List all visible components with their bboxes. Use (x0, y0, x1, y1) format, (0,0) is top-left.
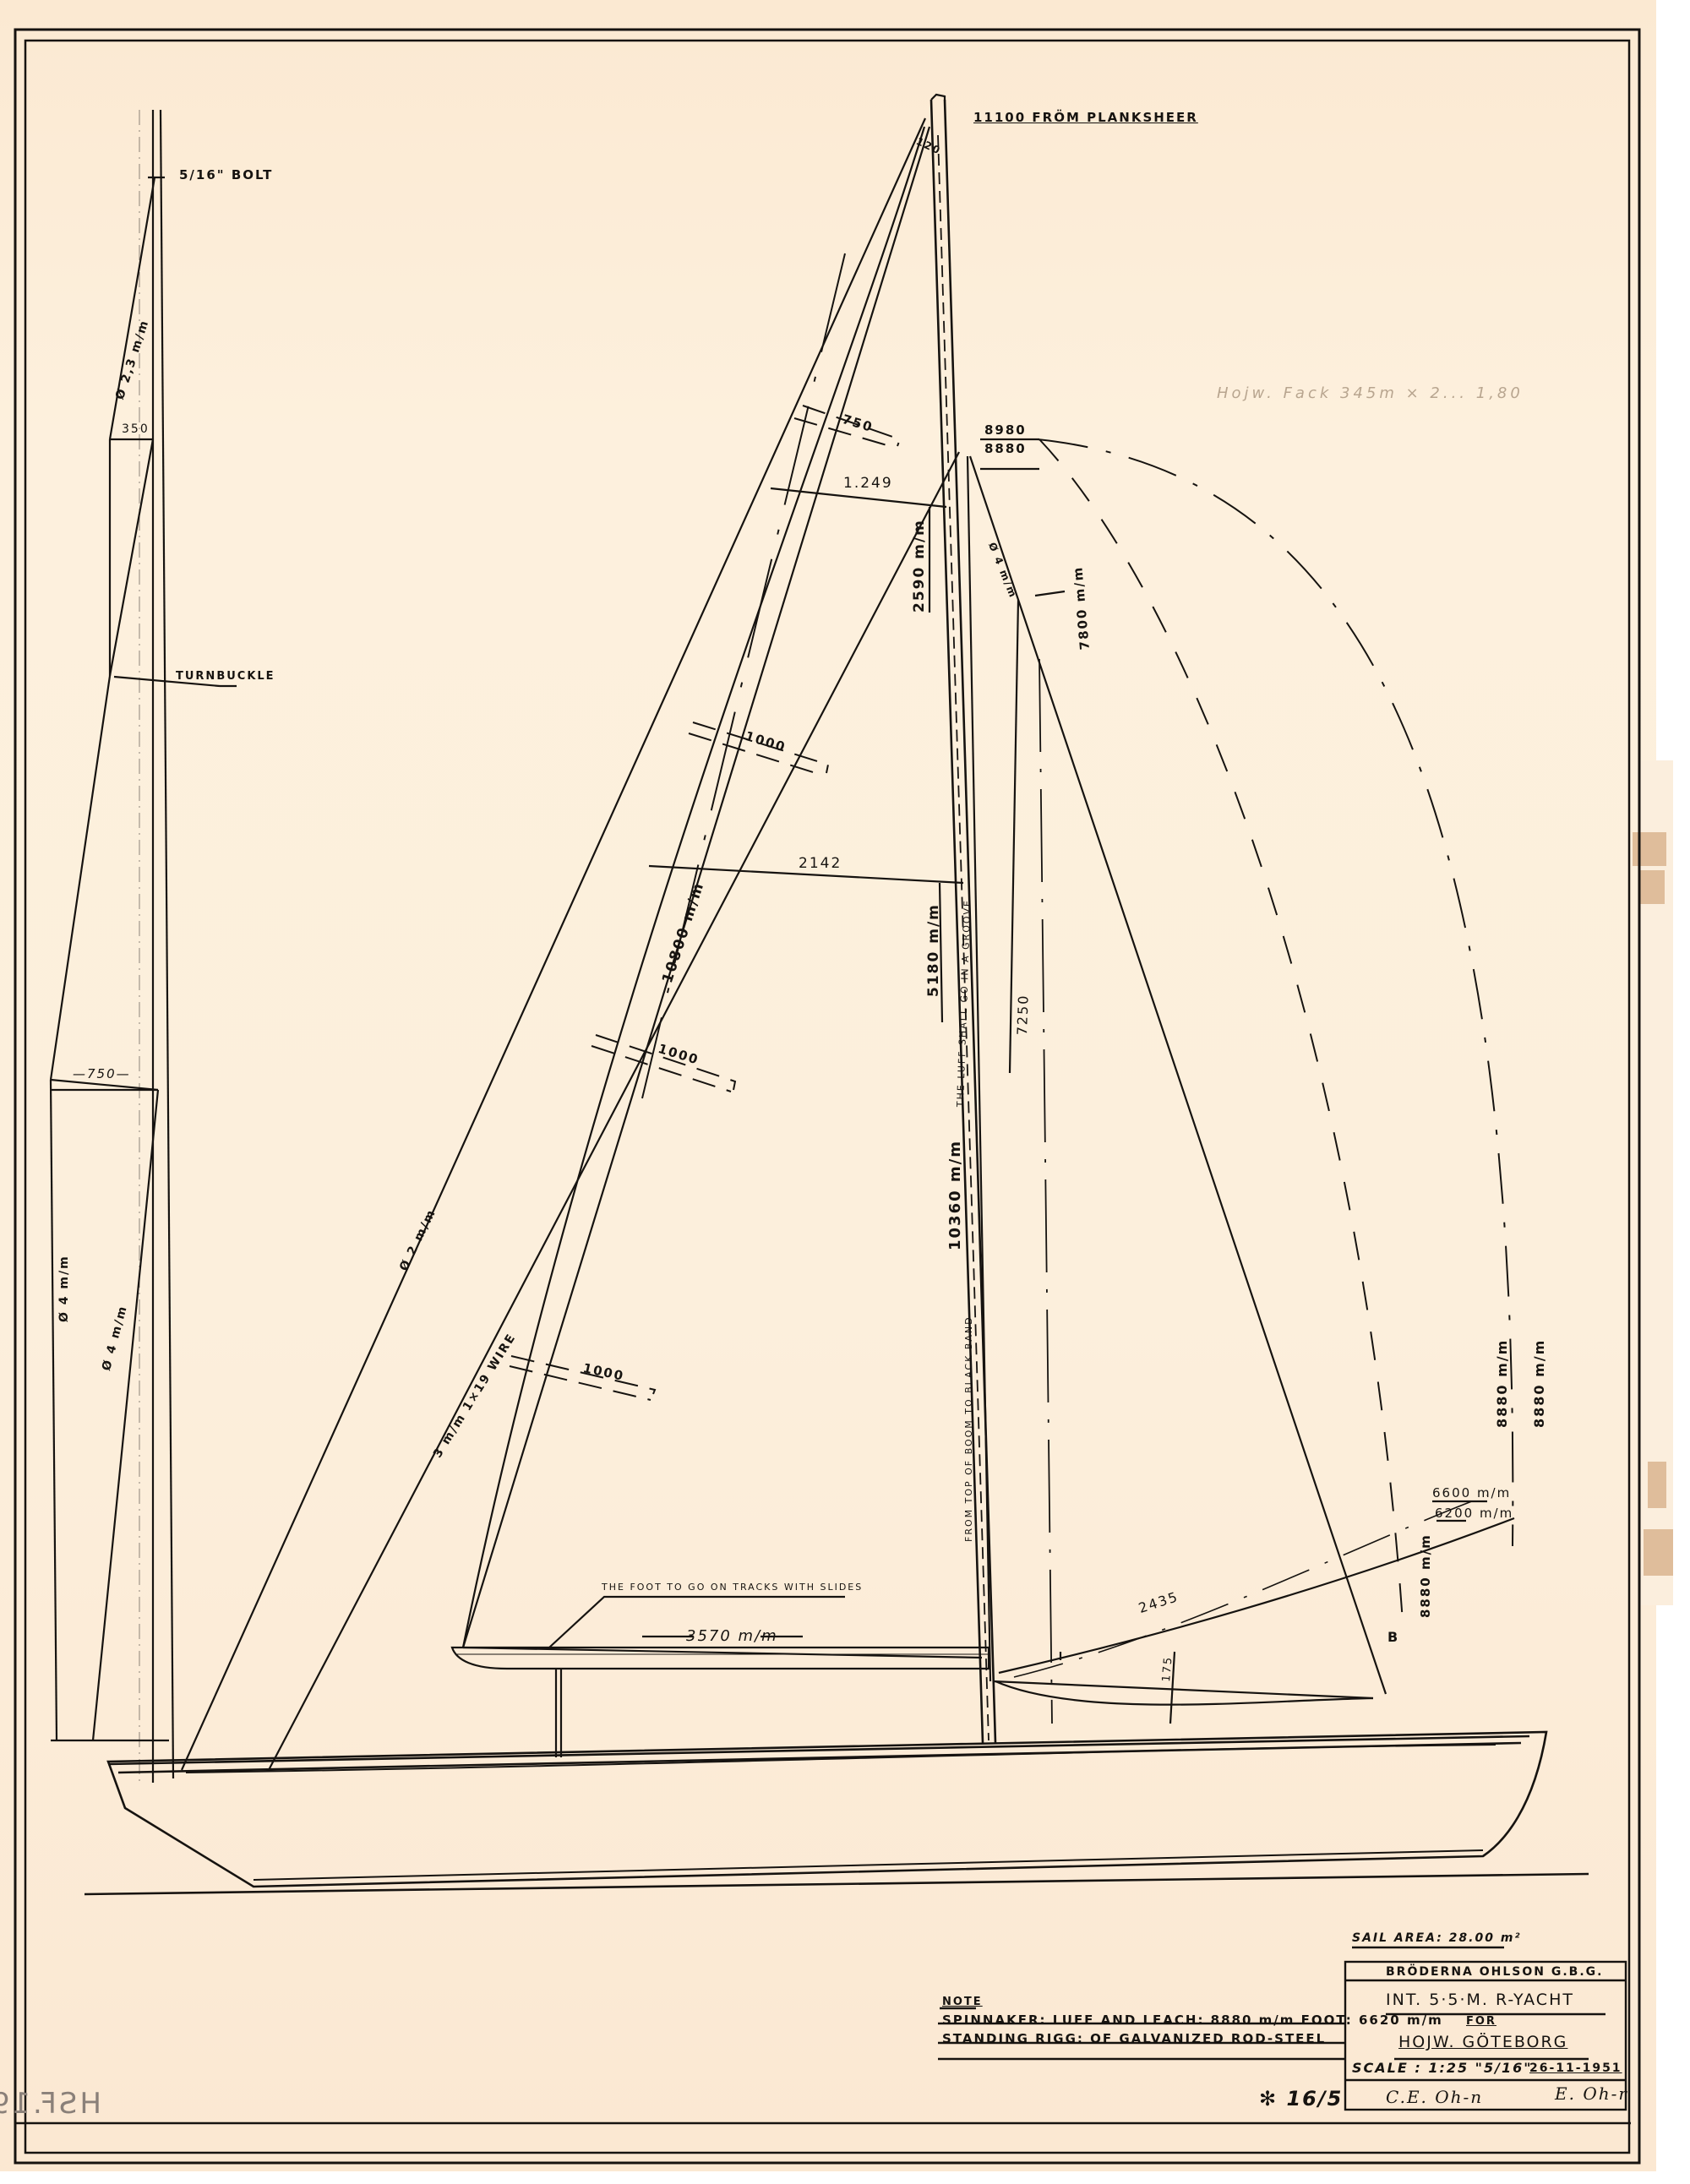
luff-ref-label: FROM TOP OF BOOM TO BLACK BAND (963, 1315, 974, 1542)
signature-checked: E. Oh-r (1555, 2083, 1628, 2104)
note-line-standing-rigg: STANDING RIGG: OF GALVANIZED ROD-STEEL (942, 2031, 1326, 2046)
spinnaker-leech-label: 8880 m/m (1531, 1339, 1547, 1428)
spreader-upper-label: 350 (122, 422, 150, 436)
for-label: FÖR (1466, 2015, 1496, 2028)
girth-mid-label: 2142 (799, 855, 842, 872)
spin-marker-label: B (1387, 1629, 1399, 1645)
inner-border (25, 41, 1629, 2153)
jib-hoist-label: 8880 (984, 441, 1027, 456)
mast-detail (51, 110, 237, 1783)
spin-foot-upper-label: 6600 m/m (1432, 1485, 1511, 1500)
lower-wire-label-1: Ø 4 m/m (57, 1255, 71, 1322)
hull (84, 1732, 1589, 1894)
mast-height-label: 11100 FRÖM PLANKSHEER (973, 110, 1198, 125)
jib-roach-label: 175 (1160, 1655, 1175, 1682)
forestays (182, 118, 959, 1770)
jib (968, 439, 1386, 1724)
spinnaker-luff-label: 8880 m/m (1494, 1339, 1510, 1428)
jib-hoist-top-label: 8980 (984, 422, 1027, 438)
sail-area: SAIL AREA: 28.00 m² (1352, 1931, 1522, 1945)
jib-luff-label: 7250 (1014, 994, 1032, 1035)
luff-length-label: 10360 m/m (946, 1140, 964, 1250)
client-name: HOJW. GÖTEBORG (1398, 2033, 1567, 2051)
signature-drawn: C.E. Oh-n (1386, 2087, 1483, 2107)
foot-note-label: THE FOOT TO GO ON TRACKS WITH SLIDES (602, 1582, 863, 1593)
bolt-label: 5/16" BOLT (179, 167, 273, 182)
date-label: 26-11-1951 (1529, 2061, 1622, 2075)
scale-label: SCALE : 1:25 "5/16" (1352, 2060, 1533, 2076)
spin-side-label: 8880 m/m (1418, 1533, 1433, 1618)
hoist-upper-label: 2590 m/m (911, 519, 928, 613)
turnbuckle-label: TURNBUCKLE (176, 670, 275, 683)
spin-foot-lower-label: 6200 m/m (1435, 1506, 1513, 1521)
outer-border (15, 30, 1639, 2163)
vessel-name: INT. 5·5·M. R-YACHT (1386, 1991, 1574, 2009)
pencil-note: Hojw. Fack 345m × 2... 1,80 (1217, 384, 1524, 402)
note-line-spinnaker: SPINNAKER: LUFF AND LEACH: 8880 m/m FOOT… (942, 2012, 1443, 2028)
boom (452, 1597, 989, 1757)
headboard-width-label: 1.249 (843, 475, 893, 492)
spreader-lower-label: —750— (73, 1066, 131, 1081)
mainsail (463, 127, 982, 1658)
note-heading: NOTE (942, 1996, 983, 2008)
hoist-mid-label: 5180 m/m (925, 903, 942, 997)
boom-length-label: 3570 m/m (686, 1627, 778, 1645)
sheet-ref: ✻ 16/5 (1259, 2087, 1343, 2110)
sail-plan-drawing (0, 0, 1690, 2184)
archive-number: HSF.19.1.5416.0005 (0, 2087, 101, 2121)
builder-name: BRÖDERNA OHLSON G.B.G. (1386, 1965, 1603, 1979)
